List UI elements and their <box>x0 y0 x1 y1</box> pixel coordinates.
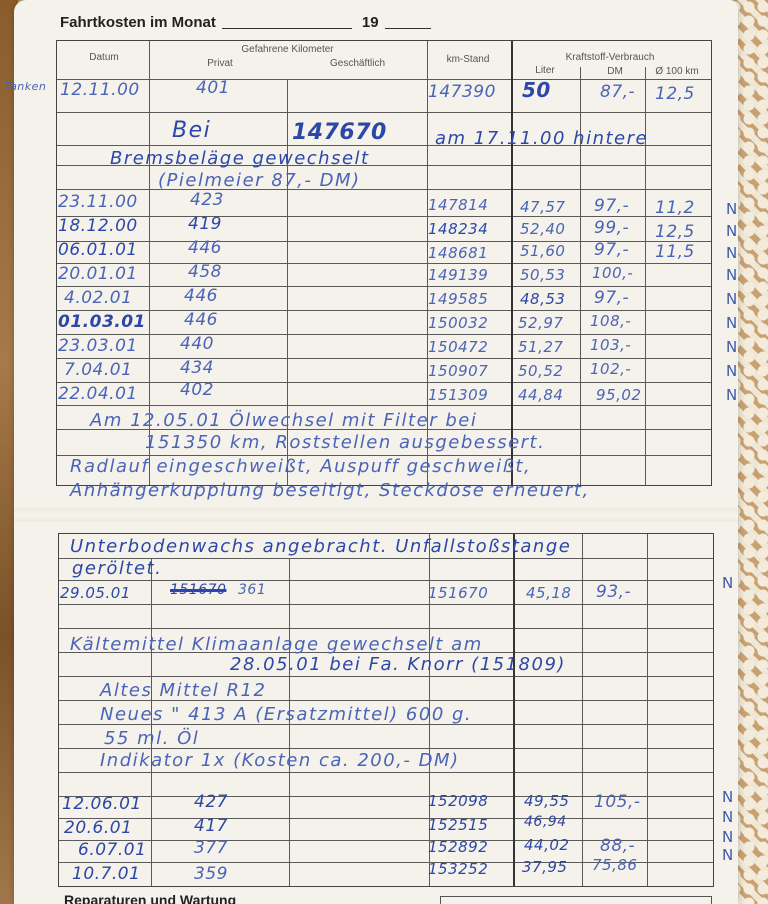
entry-privat: 446 <box>184 310 218 330</box>
entry-per-100km: 12,5 <box>655 222 695 242</box>
entry-privat: 434 <box>180 358 214 378</box>
entry-km-stand: 151670 <box>428 584 488 602</box>
entry-liter: 44,84 <box>518 386 563 404</box>
note-underbody: Unterbodenwachs angebracht. Unfallstoßst… <box>70 536 571 557</box>
entry-km-stand: 152892 <box>428 838 488 856</box>
note-brakes-line2: Bremsbeläge gewechselt <box>110 148 370 169</box>
entry-datum: 23.03.01 <box>58 336 138 356</box>
entry-datum: 7.04.01 <box>64 360 132 380</box>
entry-dm: 99,- <box>594 218 629 238</box>
entry-dm: 100,- <box>592 264 633 282</box>
entry-dm: 88,- <box>600 836 635 856</box>
note-rust-repair: 151350 km, Roststellen ausgebessert. <box>145 432 545 453</box>
entry-mark: N <box>726 222 737 240</box>
entry-datum: 20.6.01 <box>64 818 132 838</box>
note-bumper: geröltet. <box>72 558 162 579</box>
entry-privat: 377 <box>194 838 228 858</box>
entry-dm: 95,02 <box>596 386 641 404</box>
entry-privat: 446 <box>188 238 222 258</box>
entry-km-stand: 147390 <box>428 82 496 102</box>
header-liter: Liter <box>520 65 570 76</box>
entry-privat: 361 <box>238 582 266 598</box>
entry-km-stand: 150032 <box>428 314 488 332</box>
entry-dm: 75,86 <box>592 856 637 874</box>
entry-dm: 97,- <box>594 240 629 260</box>
entry-datum: 10.7.01 <box>72 864 140 884</box>
entry-datum: 23.11.00 <box>58 192 138 212</box>
entry-mark: N <box>726 200 737 218</box>
entry-km-stand: 148234 <box>428 220 488 238</box>
entry-privat: 359 <box>194 864 228 884</box>
entry-km-stand: 149139 <box>428 266 488 284</box>
entry-km-stand: 153252 <box>428 860 488 878</box>
entry-km-stand: 150907 <box>428 362 488 380</box>
entry-per-100km: 12,5 <box>655 84 695 104</box>
note-oil-change: Am 12.05.01 Ölwechsel mit Filter bei <box>90 410 477 431</box>
entry-mark: N <box>726 314 737 332</box>
entry-km-stand: 149585 <box>428 290 488 308</box>
entry-liter: 45,18 <box>526 584 571 602</box>
entry-liter: 51,60 <box>520 242 565 260</box>
entry-dm: 87,- <box>600 82 635 102</box>
entry-liter: 50,53 <box>520 266 565 284</box>
entry-per-100km: 11,5 <box>655 242 695 262</box>
entry-liter: 37,95 <box>522 858 567 876</box>
entry-liter: 50 <box>522 78 551 102</box>
entry-liter: 44,02 <box>524 836 569 854</box>
entry-mark: N <box>726 266 737 284</box>
note-indicator-cost: Indikator 1x (Kosten ca. 200,- DM) <box>100 750 460 771</box>
header-kraftstoff: Kraftstoff-Verbrauch <box>512 52 708 63</box>
entry-mark: N <box>726 386 737 404</box>
entry-per-100km: 11,2 <box>655 198 695 218</box>
entry-liter: 51,27 <box>518 338 563 356</box>
entry-privat: 427 <box>194 792 228 812</box>
header-km-stand: km-Stand <box>428 54 508 65</box>
entry-dm: 105,- <box>594 792 641 812</box>
entry-liter: 49,55 <box>524 792 569 810</box>
note-brakes-km: 147670 <box>292 120 387 145</box>
note-refrigerant-date: 28.05.01 bei Fa. Knorr (151809) <box>230 654 566 675</box>
entry-dm: 102,- <box>590 360 631 378</box>
entry-mark: N <box>726 290 737 308</box>
entry-mark: N <box>722 788 733 806</box>
entry-datum: 12.06.01 <box>62 794 142 814</box>
entry-mark: N <box>722 574 733 592</box>
note-old-agent: Altes Mittel R12 <box>100 680 266 701</box>
entry-privat: 417 <box>194 816 228 836</box>
entry-liter: 50,52 <box>518 362 563 380</box>
entry-mark: N <box>726 338 737 356</box>
entry-privat: 402 <box>180 380 214 400</box>
month-blank <box>222 28 352 29</box>
entry-datum: 22.04.01 <box>58 384 138 404</box>
entry-liter: 52,40 <box>520 220 565 238</box>
entry-liter: 47,57 <box>520 198 565 216</box>
margin-note: Tanken <box>4 80 46 93</box>
year-prefix: 19 <box>362 14 379 31</box>
entry-dm: 93,- <box>596 582 631 602</box>
entry-datum: 12.11.00 <box>60 80 140 100</box>
entry-dm: 97,- <box>594 196 629 216</box>
entry-liter: 52,97 <box>518 314 563 332</box>
entry-privat-crossed: 151670 <box>170 582 226 598</box>
entry-mark: N <box>722 808 733 826</box>
entry-dm: 108,- <box>590 312 631 330</box>
note-oil-amount: 55 ml. Öl <box>104 728 199 749</box>
entry-km-stand: 148681 <box>428 244 488 262</box>
entry-privat: 423 <box>190 190 224 210</box>
entry-datum: 01.03.01 <box>58 312 146 332</box>
entry-mark: N <box>726 362 737 380</box>
entry-privat: 458 <box>188 262 222 282</box>
entry-mark: N <box>722 828 733 846</box>
header-per-100km: Ø 100 km <box>644 66 710 77</box>
repairs-box <box>440 896 712 904</box>
entry-datum: 29.05.01 <box>60 584 131 602</box>
entry-km-stand: 152098 <box>428 792 488 810</box>
entry-privat: 440 <box>180 334 214 354</box>
header-gefahrene-km: Gefahrene Kilometer <box>150 44 425 55</box>
note-refrigerant: Kältemittel Klimaanlage gewechselt am <box>70 634 483 655</box>
entry-km-stand: 152515 <box>428 816 488 834</box>
entry-privat: 401 <box>196 78 230 98</box>
entry-privat: 419 <box>188 214 222 234</box>
entry-datum: 06.01.01 <box>58 240 138 260</box>
note-brakes-line3: (Pielmeier 87,- DM) <box>158 170 361 191</box>
header-privat: Privat <box>150 58 290 69</box>
form-title: Fahrtkosten im Monat19 <box>60 14 431 31</box>
page-fold <box>14 508 738 522</box>
entry-km-stand: 147814 <box>428 196 488 214</box>
note-new-agent: Neues " 413 A (Ersatzmittel) 600 g. <box>100 704 472 725</box>
year-blank <box>385 28 431 29</box>
entry-datum: 6.07.01 <box>78 840 146 860</box>
repairs-section-label: Reparaturen und Wartung <box>64 892 236 904</box>
entry-dm: 103,- <box>590 336 631 354</box>
note-welding: Radlauf eingeschweißt, Auspuff geschweiß… <box>70 456 531 477</box>
note-brakes-line1a: Bei <box>172 118 211 143</box>
header-geschaeftlich: Geschäftlich <box>290 58 425 69</box>
entry-mark: N <box>722 846 733 864</box>
entry-mark: N <box>726 244 737 262</box>
note-trailer-hitch: Anhängerkupplung beseitigt, Steckdose er… <box>70 480 590 501</box>
entry-datum: 20.01.01 <box>58 264 138 284</box>
entry-km-stand: 151309 <box>428 386 488 404</box>
note-brakes-line1c: am 17.11.00 hintere <box>435 128 648 149</box>
entry-datum: 4.02.01 <box>64 288 132 308</box>
header-dm: DM <box>590 66 640 77</box>
entry-dm: 97,- <box>594 288 629 308</box>
entry-datum: 18.12.00 <box>58 216 138 236</box>
entry-privat: 446 <box>184 286 218 306</box>
entry-km-stand: 150472 <box>428 338 488 356</box>
entry-liter: 48,53 <box>520 290 565 308</box>
entry-liter: 46,94 <box>524 814 567 830</box>
header-datum: Datum <box>60 52 148 63</box>
title-text: Fahrtkosten im Monat <box>60 14 216 31</box>
